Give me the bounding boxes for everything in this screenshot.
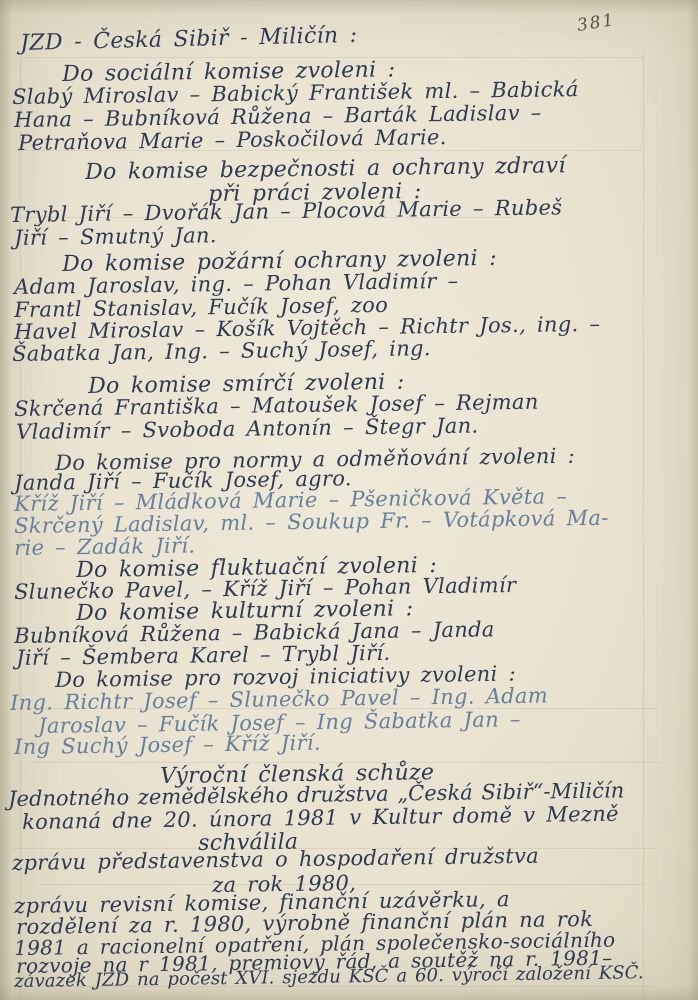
- chronicle-page: 381 JZD - Česká Sibiř - Miličín : Do soc…: [0, 0, 698, 1000]
- assembly-line: zprávu představenstva o hospodaření druž…: [12, 846, 539, 874]
- assembly-date-text: konaná dne 20. února 1981: [22, 805, 349, 834]
- committee-members-line: rie – Zadák Jiří.: [14, 535, 195, 559]
- committee-members-line: Trybl Jiří – Dvořák Jan – Plocová Marie …: [10, 197, 562, 226]
- assembly-line: konaná dne 20. února 1981 v Kultur domě …: [22, 804, 619, 833]
- margin-rule-right: [643, 53, 644, 1000]
- page-number: 381: [576, 10, 617, 36]
- committee-members-line: Vladimír – Svoboda Antonín – Štegr Jan.: [16, 416, 479, 443]
- committee-members-line: Šabatka Jan, Ing. – Suchý Josef, ing.: [12, 338, 431, 365]
- assembly-place-text: v Kultur domě v Mezně: [349, 802, 619, 830]
- committee-members-line: Jiří – Smutný Jan.: [14, 225, 217, 249]
- committee-members-line: Skrčený Ladislav, ml. – Soukup Fr. – Vot…: [14, 508, 609, 537]
- committee-members-line: Ing Suchý Josef – Kříž Jiří.: [14, 733, 321, 758]
- document-title: JZD - Česká Sibiř - Miličín :: [20, 25, 358, 55]
